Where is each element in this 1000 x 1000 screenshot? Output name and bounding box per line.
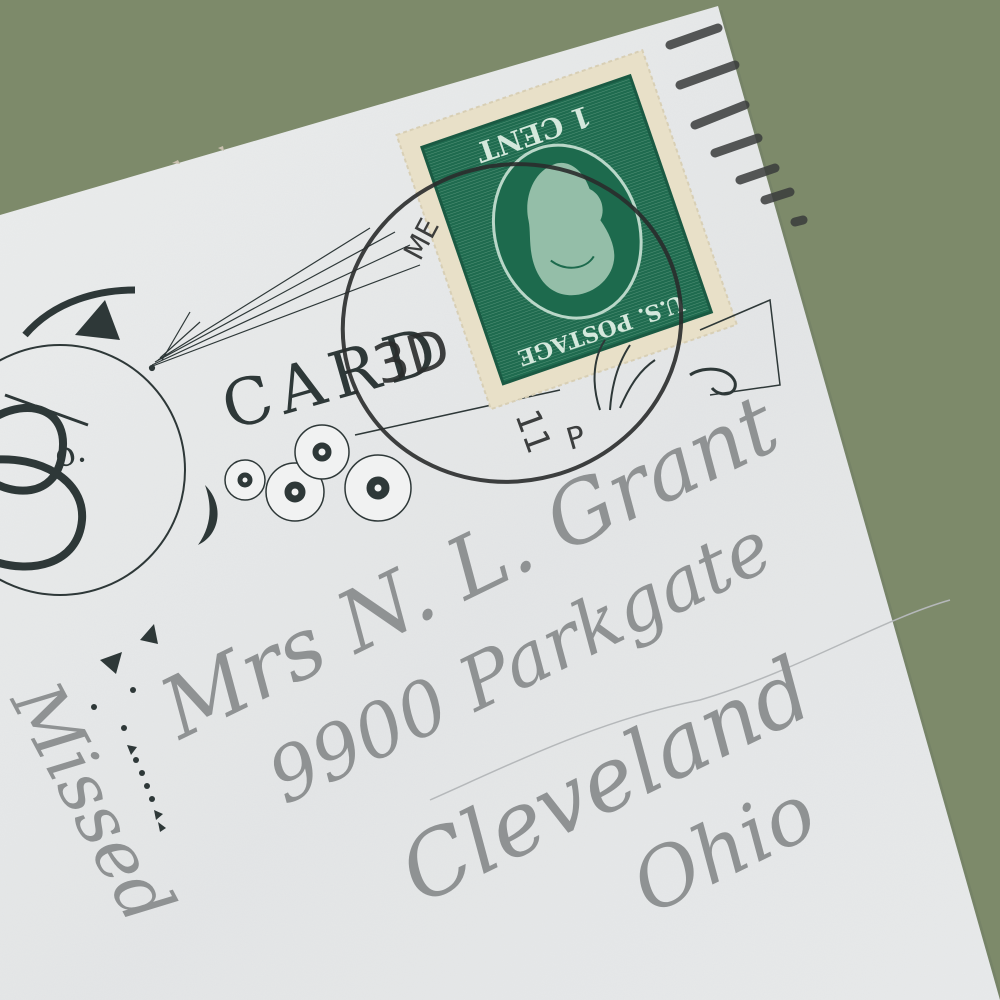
postcard-photo: o. CARD [0,0,1000,1000]
